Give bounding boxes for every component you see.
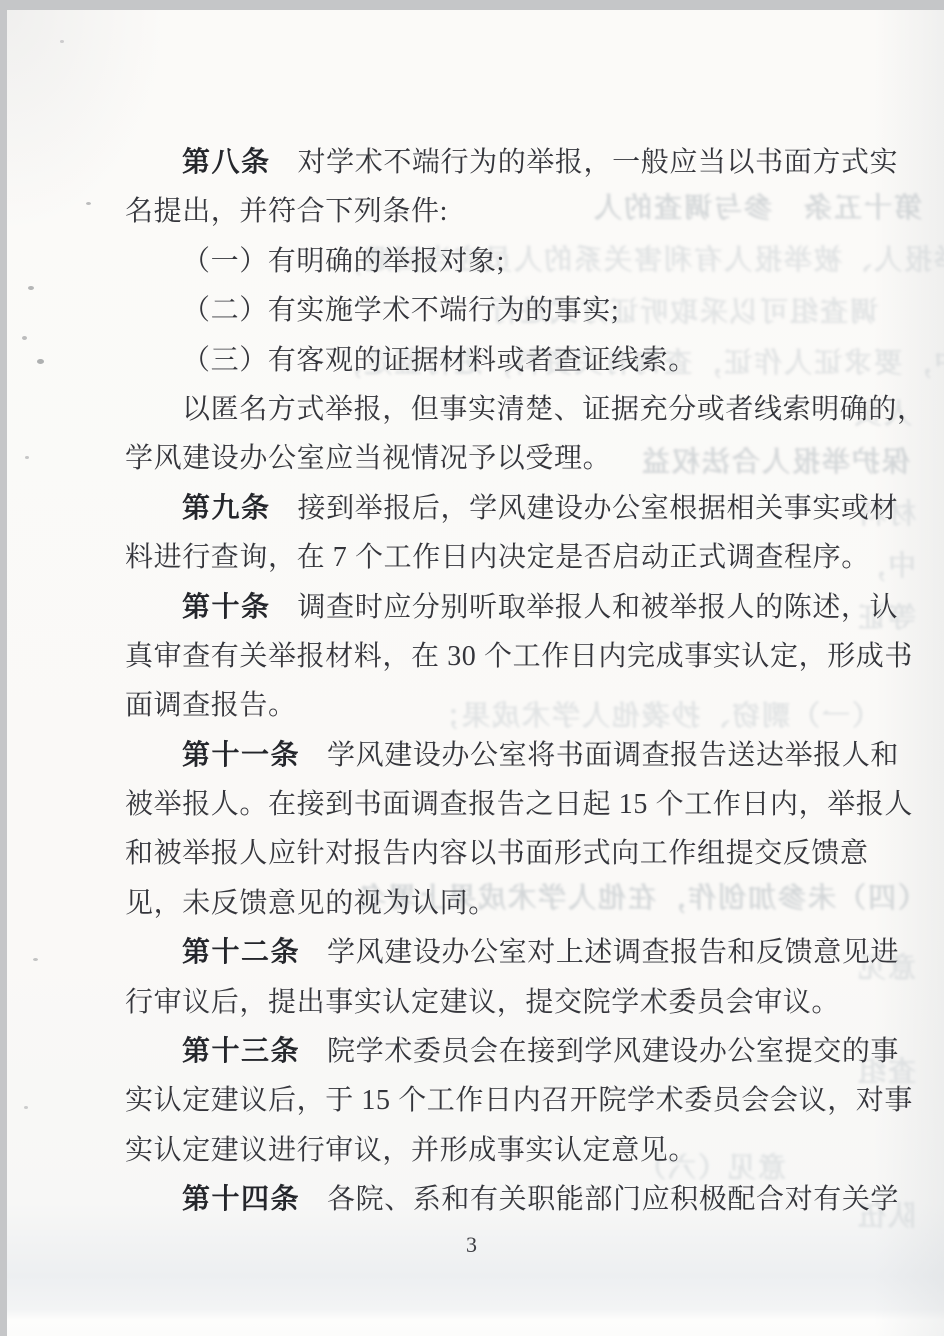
text-line: 实认定建议后，于 15 个工作日内召开院学术委员会会议，对事 <box>125 1076 885 1125</box>
text-line: 行审议后，提出事实认定建议，提交院学术委员会审议。 <box>125 978 885 1027</box>
page-number: 3 <box>0 1232 944 1258</box>
dust-speck <box>28 286 34 290</box>
article-number: 第八条 <box>182 147 271 178</box>
dust-speck <box>25 456 29 459</box>
article-number: 第十四条 <box>182 1184 300 1215</box>
text-line: 实认定建议进行审议，并形成事实认定意见。 <box>125 1126 885 1175</box>
text-line: 被举报人。在接到书面调查报告之日起 15 个工作日内，举报人 <box>125 780 885 829</box>
text-line: 以匿名方式举报，但事实清楚、证据充分或者线索明确的， <box>125 385 885 434</box>
text-line: 第十条调查时应分别听取举报人和被举报人的陈述，认 <box>125 583 885 632</box>
dust-speck <box>22 336 27 340</box>
text-line: 学风建设办公室应当视情况予以受理。 <box>125 434 885 483</box>
dust-speck <box>24 1106 28 1109</box>
text-line: 第九条接到举报后，学风建设办公室根据相关事实或材 <box>125 484 885 533</box>
article-number: 第十二条 <box>182 937 300 968</box>
text-line: 名提出，并符合下列条件: <box>125 187 885 236</box>
dust-speck <box>86 202 91 205</box>
text-line: 面调查报告。 <box>125 681 885 730</box>
text-line: 和被举报人应针对报告内容以书面形式向工作组提交反馈意 <box>125 829 885 878</box>
text-line: 料进行查询，在 7 个工作日内决定是否启动正式调查程序。 <box>125 533 885 582</box>
dust-speck <box>37 359 44 364</box>
text-line: （三）有客观的证据材料或者查证线索。 <box>125 336 885 385</box>
article-number: 第十条 <box>182 592 271 623</box>
article-number: 第九条 <box>182 493 271 524</box>
text-line: 见，未反馈意见的视为认同。 <box>125 879 885 928</box>
dust-speck <box>33 958 38 961</box>
article-number: 第十三条 <box>182 1036 300 1067</box>
text-line: 第八条对学术不端行为的举报，一般应当以书面方式实 <box>125 138 885 187</box>
article-number: 第十一条 <box>182 740 300 771</box>
text-line: 第十四条各院、系和有关职能部门应积极配合对有关学 <box>125 1175 885 1224</box>
text-line: （一）有明确的举报对象; <box>125 237 885 286</box>
document-text: 第八条对学术不端行为的举报，一般应当以书面方式实名提出，并符合下列条件:（一）有… <box>125 138 885 1225</box>
text-line: 第十二条学风建设办公室对上述调查报告和反馈意见进 <box>125 928 885 977</box>
dust-speck <box>60 40 64 43</box>
text-line: 第十一条学风建设办公室将书面调查报告送达举报人和 <box>125 731 885 780</box>
text-line: 真审查有关举报材料，在 30 个工作日内完成事实认定，形成书 <box>125 632 885 681</box>
text-line: （二）有实施学术不端行为的事实; <box>125 286 885 335</box>
text-line: 第十三条院学术委员会在接到学风建设办公室提交的事 <box>125 1027 885 1076</box>
